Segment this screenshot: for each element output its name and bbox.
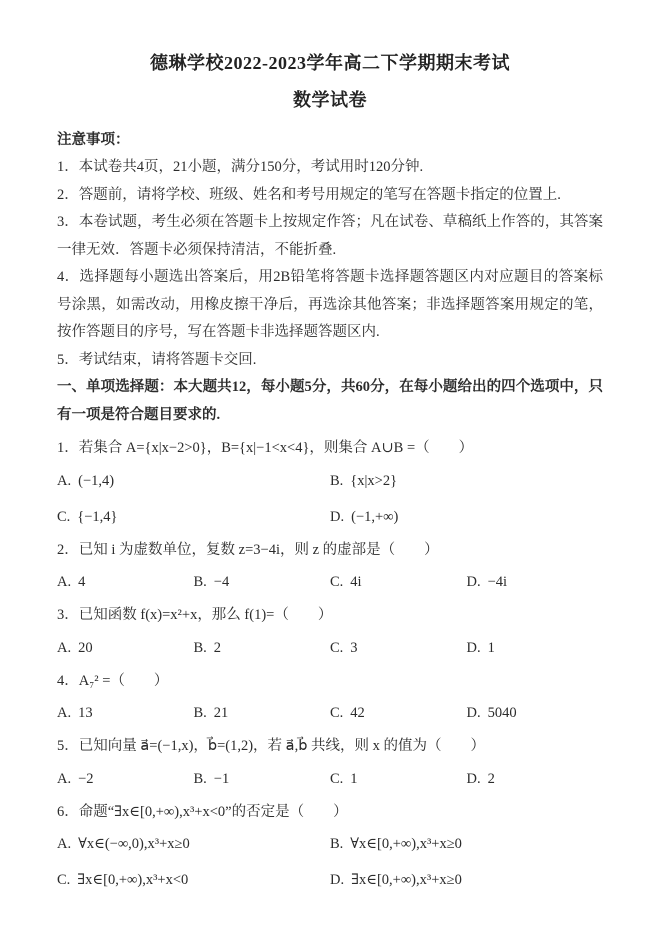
option-6d: D.∃x∈[0,+∞),x³+x≥0 [330,867,603,894]
option-6c: C.∃x∈[0,+∞),x³+x<0 [57,867,330,894]
option-4a: A.13 [57,700,194,727]
option-6b: B.∀x∈[0,+∞),x³+x≥0 [330,831,603,858]
notice-item-3: 3．本卷试题，考生必须在答题卡上按规定作答；凡在试卷、草稿纸上作答的，其答案一律… [57,209,603,264]
question-5-stem: 5．已知向量 a⃗=(−1,x)，b⃗=(1,2)，若 a⃗,b⃗ 共线，则 x… [57,733,603,761]
option-2a: A.4 [57,569,194,596]
option-3d-text: 1 [488,640,495,656]
option-5c-label: C. [330,771,343,787]
question-3: 3．已知函数 f(x)=x²+x，那么 f(1)=（ ） A.20 B.2 C.… [57,602,603,662]
question-6-stem: 6．命题“∃x∈[0,+∞),x³+x<0”的否定是（ ） [57,799,603,827]
notice-item-1: 1．本试卷共4页，21小题，满分150分，考试用时120分钟. [57,154,603,182]
option-4d: D.5040 [467,700,604,727]
exam-title-line1: 德琳学校2022-2023学年高二下学期期末考试 [57,52,603,75]
option-6a-text: ∀x∈(−∞,0),x³+x≥0 [78,836,190,852]
option-5b-label: B. [194,771,207,787]
option-1c: C.{−1,4} [57,504,330,531]
option-5d: D.2 [467,766,604,793]
option-2d-label: D. [467,574,481,590]
option-4b-text: 21 [214,705,229,721]
question-6-options: A.∀x∈(−∞,0),x³+x≥0 B.∀x∈[0,+∞),x³+x≥0 C.… [57,831,603,894]
option-3b-text: 2 [214,640,221,656]
question-6: 6．命题“∃x∈[0,+∞),x³+x<0”的否定是（ ） A.∀x∈(−∞,0… [57,799,603,895]
option-2b: B.−4 [194,569,331,596]
notice-heading: 注意事项： [57,127,603,154]
option-1d-label: D. [330,509,344,525]
option-4d-label: D. [467,705,481,721]
option-3c-text: 3 [350,640,357,656]
option-2d: D.−4i [467,569,604,596]
option-4a-label: A. [57,705,71,721]
option-5c: C.1 [330,766,467,793]
option-2b-text: −4 [214,574,229,590]
option-6c-text: ∃x∈[0,+∞),x³+x<0 [77,872,188,888]
option-3a: A.20 [57,635,194,662]
notice-item-5: 5．考试结束，请将答题卡交回. [57,347,603,375]
question-4-stem: 4．A₇² =（ ） [57,668,603,696]
option-4c-label: C. [330,705,343,721]
option-6b-text: ∀x∈[0,+∞),x³+x≥0 [350,836,462,852]
question-2: 2．已知 i 为虚数单位，复数 z=3−4i，则 z 的虚部是（ ） A.4 B… [57,537,603,597]
option-1b-text: {x|x>2} [350,473,397,489]
notice-item-4: 4．选择题每小题选出答案后，用2B铅笔将答题卡选择题答题区内对应题目的答案标号涂… [57,264,603,347]
question-1: 1．若集合 A={x|x−2>0}，B={x|−1<x<4}，则集合 A∪B =… [57,435,603,531]
question-3-stem: 3．已知函数 f(x)=x²+x，那么 f(1)=（ ） [57,602,603,630]
option-4a-text: 13 [78,705,93,721]
option-3c: C.3 [330,635,467,662]
option-3d-label: D. [467,640,481,656]
option-2b-label: B. [194,574,207,590]
exam-paper-page: 德琳学校2022-2023学年高二下学期期末考试 数学试卷 注意事项： 1．本试… [0,0,660,934]
option-5a-text: −2 [78,771,93,787]
option-5a-label: A. [57,771,71,787]
question-5: 5．已知向量 a⃗=(−1,x)，b⃗=(1,2)，若 a⃗,b⃗ 共线，则 x… [57,733,603,793]
option-1c-text: {−1,4} [77,509,117,525]
option-2c-label: C. [330,574,343,590]
option-5d-text: 2 [488,771,495,787]
option-6a-label: A. [57,836,71,852]
option-4d-text: 5040 [488,705,517,721]
option-5d-label: D. [467,771,481,787]
option-3b-label: B. [194,640,207,656]
section-heading-single-choice: 一、单项选择题：本大题共12，每小题5分，共60分，在每小题给出的四个选项中，只… [57,374,603,429]
question-4-options: A.13 B.21 C.42 D.5040 [57,700,603,727]
option-4c: C.42 [330,700,467,727]
option-2c-text: 4i [350,574,361,590]
option-2c: C.4i [330,569,467,596]
option-1d: D.(−1,+∞) [330,504,603,531]
option-1b: B.{x|x>2} [330,468,603,495]
option-1a: A.(−1,4) [57,468,330,495]
option-4b-label: B. [194,705,207,721]
option-2d-text: −4i [488,574,507,590]
option-4c-text: 42 [350,705,365,721]
question-1-stem: 1．若集合 A={x|x−2>0}，B={x|−1<x<4}，则集合 A∪B =… [57,435,603,463]
exam-title-line2: 数学试卷 [57,89,603,112]
option-6d-label: D. [330,872,344,888]
option-3d: D.1 [467,635,604,662]
question-4: 4．A₇² =（ ） A.13 B.21 C.42 D.5040 [57,668,603,728]
option-3c-label: C. [330,640,343,656]
option-5c-text: 1 [350,771,357,787]
option-5b: B.−1 [194,766,331,793]
option-2a-label: A. [57,574,71,590]
question-2-options: A.4 B.−4 C.4i D.−4i [57,569,603,596]
option-2a-text: 4 [78,574,85,590]
option-3b: B.2 [194,635,331,662]
option-3a-text: 20 [78,640,93,656]
question-5-options: A.−2 B.−1 C.1 D.2 [57,766,603,793]
notice-item-2: 2．答题前，请将学校、班级、姓名和考号用规定的笔写在答题卡指定的位置上. [57,182,603,210]
option-1a-label: A. [57,473,71,489]
option-1b-label: B. [330,473,343,489]
question-1-options: A.(−1,4) B.{x|x>2} C.{−1,4} D.(−1,+∞) [57,468,603,531]
option-3a-label: A. [57,640,71,656]
option-6a: A.∀x∈(−∞,0),x³+x≥0 [57,831,330,858]
option-6d-text: ∃x∈[0,+∞),x³+x≥0 [351,872,462,888]
question-2-stem: 2．已知 i 为虚数单位，复数 z=3−4i，则 z 的虚部是（ ） [57,537,603,565]
option-6b-label: B. [330,836,343,852]
option-1a-text: (−1,4) [78,473,114,489]
option-6c-label: C. [57,872,70,888]
option-4b: B.21 [194,700,331,727]
option-1c-label: C. [57,509,70,525]
option-5a: A.−2 [57,766,194,793]
question-3-options: A.20 B.2 C.3 D.1 [57,635,603,662]
option-1d-text: (−1,+∞) [351,509,398,525]
option-5b-text: −1 [214,771,229,787]
